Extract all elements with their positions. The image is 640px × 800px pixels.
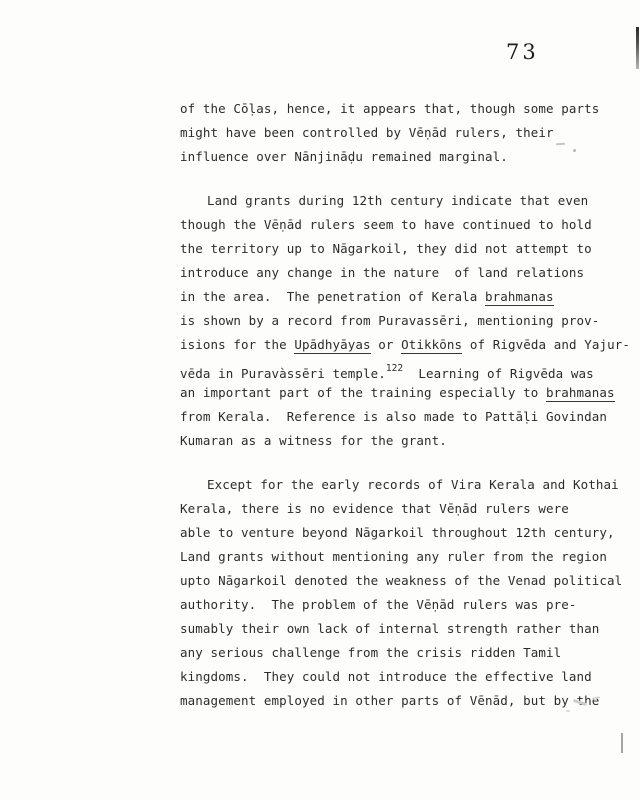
underlined-term: Upādhyāyas [294, 337, 370, 354]
underlined-term: brahmanas [546, 385, 615, 402]
text-segment: Land grants during 12th century indicate… [207, 193, 588, 208]
text-line: in the area. The penetration of Kerala b… [180, 285, 630, 309]
text-segment: authority. The problem of the Vēṇād rule… [180, 597, 577, 612]
text-line: from Kerala. Reference is also made to P… [180, 405, 630, 429]
text-segment: kingdoms. They could not introduce the e… [180, 669, 592, 684]
underlined-term: brahmanas [485, 289, 554, 306]
underlined-term: Otikkōns [401, 337, 462, 354]
text-segment: introduce any change in the nature of la… [180, 265, 584, 280]
text-line: sumably their own lack of internal stren… [180, 617, 630, 641]
text-segment: an important part of the training especi… [180, 385, 546, 400]
text-block: of the Cōḷas, hence, it appears that, th… [180, 97, 630, 713]
text-line: Land grants during 12th century indicate… [180, 189, 630, 213]
text-line: Except for the early records of Vira Ker… [180, 473, 630, 497]
scan-artifact-right-tick [621, 733, 623, 753]
text-segment: any serious challenge from the crisis ri… [180, 645, 561, 660]
paragraph: of the Cōḷas, hence, it appears that, th… [180, 97, 630, 169]
paragraph: Except for the early records of Vira Ker… [180, 473, 630, 713]
text-segment: the territory up to Nāgarkoil, they did … [180, 241, 592, 256]
text-segment: is shown by a record from Puravassēri, m… [180, 313, 599, 328]
text-line: though the Vēṇād rulers seem to have con… [180, 213, 630, 237]
footnote-reference: 122 [386, 363, 403, 374]
text-line: authority. The problem of the Vēṇād rule… [180, 593, 630, 617]
text-segment: sumably their own lack of internal stren… [180, 621, 599, 636]
text-line: upto Nāgarkoil denoted the weakness of t… [180, 569, 630, 593]
text-line: might have been controlled by Vēṇād rule… [180, 121, 630, 145]
text-line: an important part of the training especi… [180, 381, 630, 405]
text-segment: or [371, 337, 402, 352]
text-segment: in the area. The penetration of Kerala [180, 289, 485, 304]
text-segment: management employed in other parts of Vē… [180, 693, 599, 708]
scanned-document-page: 73 of the Cōḷas, hence, it appears that,… [0, 0, 640, 800]
text-segment: Kumaran as a witness for the grant. [180, 433, 447, 448]
text-line: is shown by a record from Puravassēri, m… [180, 309, 630, 333]
text-line: of the Cōḷas, hence, it appears that, th… [180, 97, 630, 121]
text-segment: upto Nāgarkoil denoted the weakness of t… [180, 573, 622, 588]
text-line: Kerala, there is no evidence that Vēṇād … [180, 497, 630, 521]
text-line: management employed in other parts of Vē… [180, 689, 630, 713]
text-line: influence over Nānjināḍu remained margin… [180, 145, 630, 169]
text-segment: influence over Nānjināḍu remained margin… [180, 149, 508, 164]
text-segment: of Rigvēda and Yajur- [462, 337, 630, 352]
scan-artifact-right-edge-line [636, 27, 639, 69]
text-line: isions for the Upādhyāyas or Otikkōns of… [180, 333, 630, 357]
text-line: the territory up to Nāgarkoil, they did … [180, 237, 630, 261]
page-number: 73 [506, 40, 539, 64]
text-segment: Kerala, there is no evidence that Vēṇād … [180, 501, 569, 516]
text-line: Kumaran as a witness for the grant. [180, 429, 630, 453]
text-segment: might have been controlled by Vēṇād rule… [180, 125, 554, 140]
paragraph: Land grants during 12th century indicate… [180, 189, 630, 453]
text-line: Land grants without mentioning any ruler… [180, 545, 630, 569]
text-segment: isions for the [180, 337, 294, 352]
text-segment: vēda in Puravàssēri temple. [180, 366, 386, 381]
text-segment: though the Vēṇād rulers seem to have con… [180, 217, 592, 232]
text-line: any serious challenge from the crisis ri… [180, 641, 630, 665]
text-segment: of the Cōḷas, hence, it appears that, th… [180, 101, 599, 116]
text-segment: Learning of Rigvēda was [403, 366, 594, 381]
text-segment: Land grants without mentioning any ruler… [180, 549, 607, 564]
text-segment: able to venture beyond Nāgarkoil through… [180, 525, 615, 540]
text-line: kingdoms. They could not introduce the e… [180, 665, 630, 689]
text-segment: Except for the early records of Vira Ker… [207, 477, 619, 492]
text-line: vēda in Puravàssēri temple.122 Learning … [180, 357, 630, 381]
text-line: able to venture beyond Nāgarkoil through… [180, 521, 630, 545]
text-segment: from Kerala. Reference is also made to P… [180, 409, 607, 424]
text-line: introduce any change in the nature of la… [180, 261, 630, 285]
